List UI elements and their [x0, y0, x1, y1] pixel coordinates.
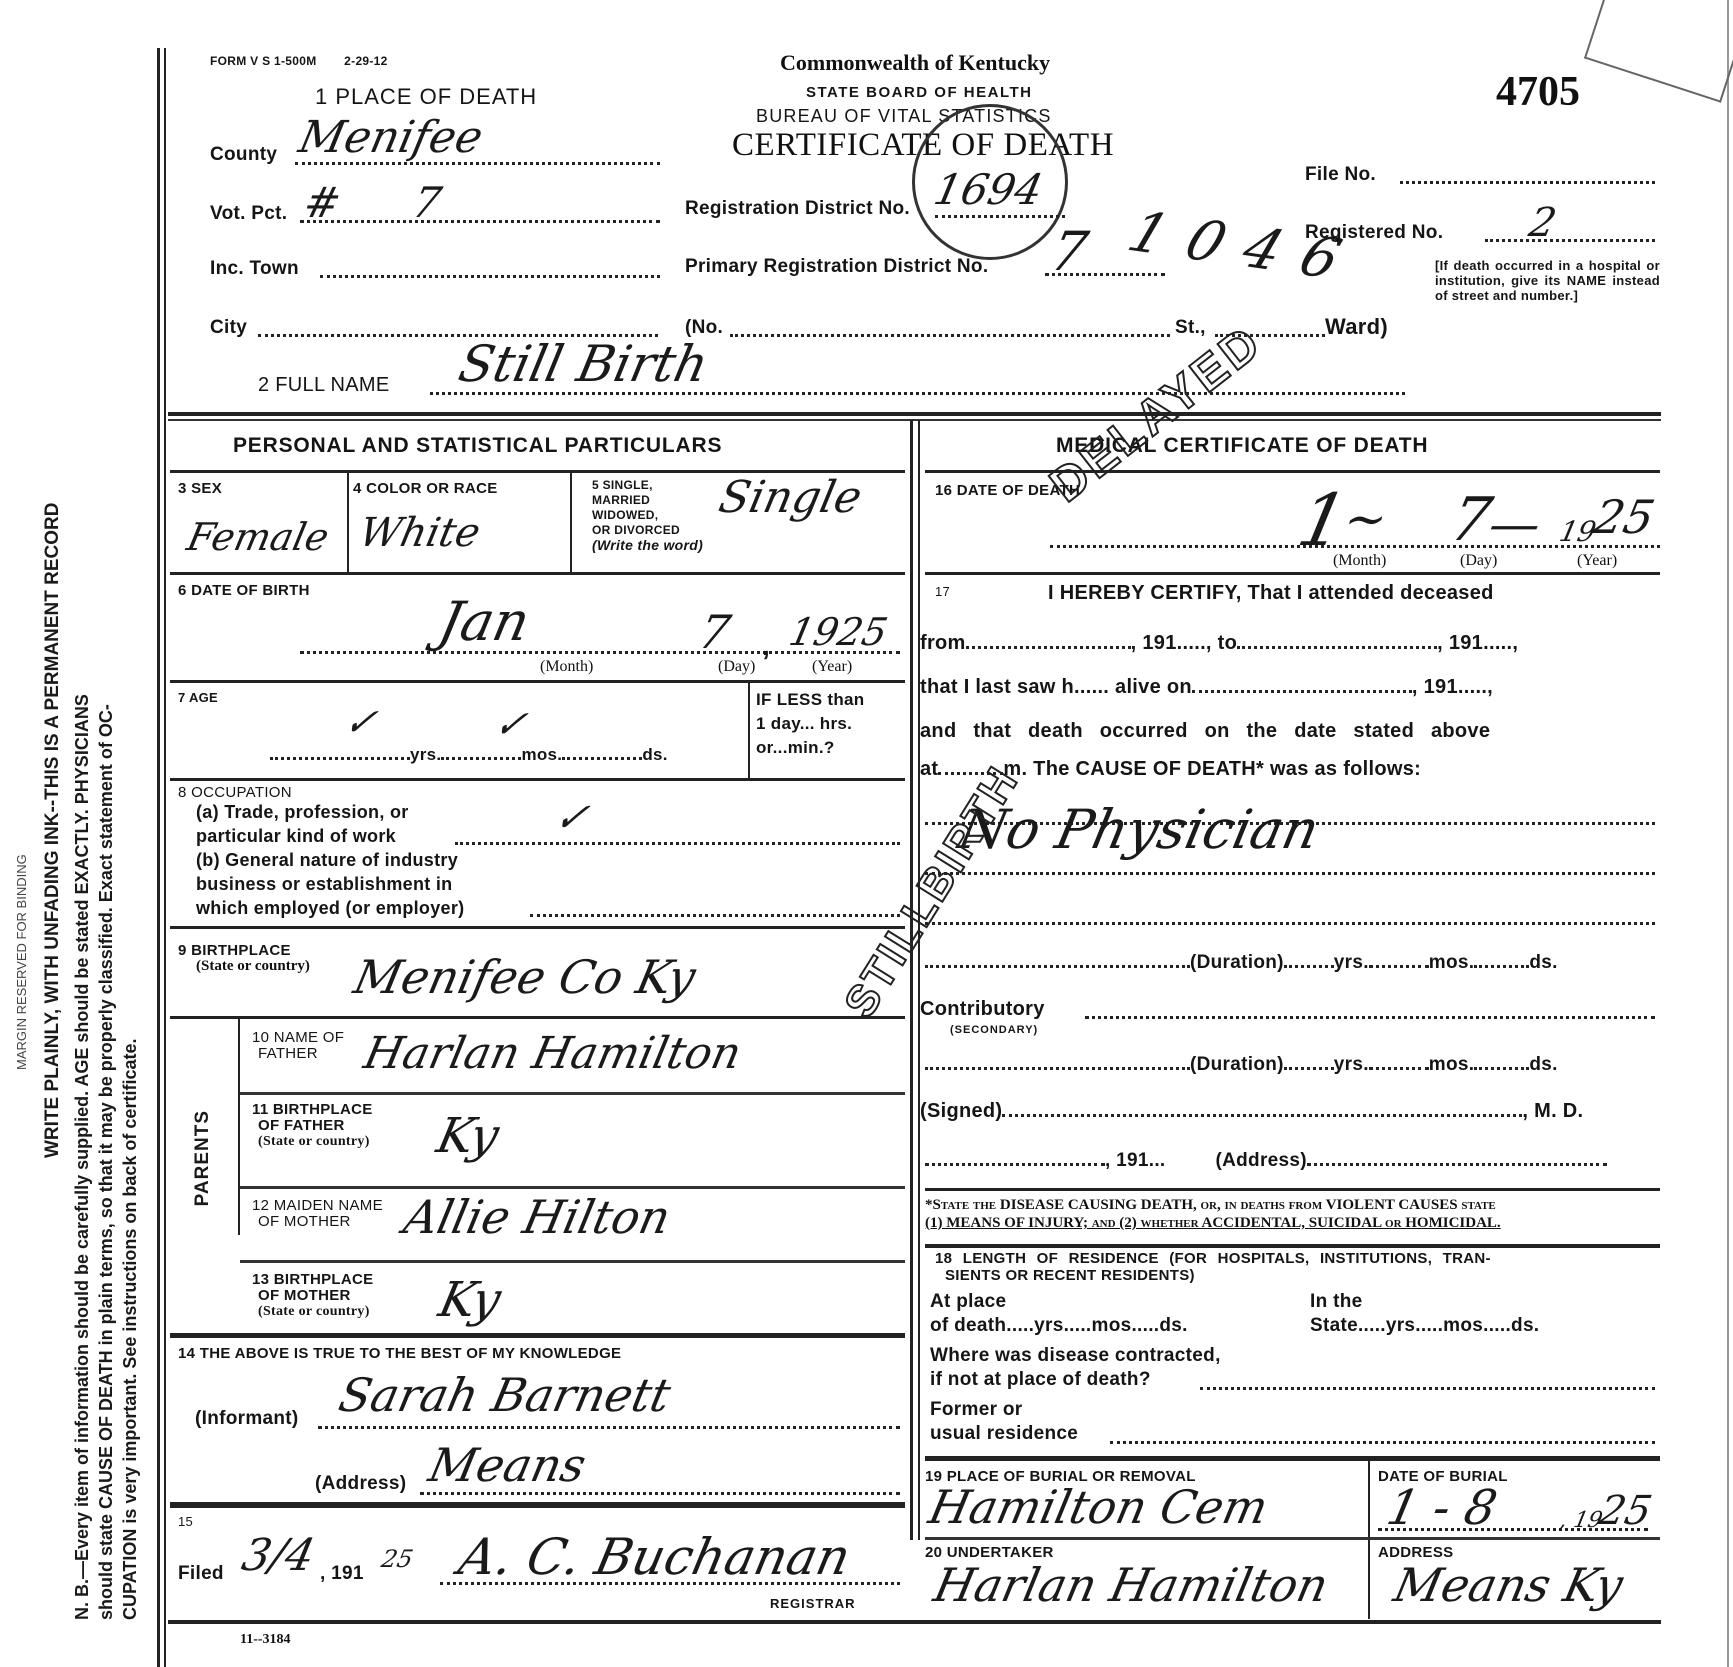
binding-note: MARGIN RESERVED FOR BINDING	[14, 650, 29, 1070]
left-border-outer	[157, 48, 160, 1667]
duration-row-1: (Duration)yrs.mos.ds.	[925, 952, 1558, 974]
informant-address-value[interactable]: Means	[424, 1438, 590, 1492]
cert-191-b: , 191.....,	[1437, 632, 1518, 654]
occ-b-line-1: (b) General nature of industry	[196, 848, 464, 872]
occ-a-field-line	[455, 842, 900, 845]
corner-tab	[1584, 0, 1733, 103]
margin-line-3: should state CAUSE OF DEATH in plain ter…	[96, 100, 117, 1620]
duration-yrs-1: yrs.	[1334, 952, 1369, 973]
row-divider-7	[240, 1092, 905, 1095]
cause-line-3	[925, 922, 1655, 925]
registrar-signature[interactable]: A. C. Buchanan	[454, 1528, 856, 1586]
burial-date-value[interactable]: 1 - 8	[1382, 1480, 1502, 1536]
signed-label: (Signed)	[920, 1100, 1002, 1122]
mother-name-label-1: 12 MAIDEN NAME	[252, 1198, 383, 1214]
cert-191-a: , 191....., to	[1131, 632, 1237, 654]
street-no-field-line[interactable]	[730, 334, 1170, 337]
age-label: 7 AGE	[178, 690, 218, 705]
footnote-line-1: *State the DISEASE CAUSING DEATH, or, in…	[925, 1196, 1501, 1214]
marital-divorced: OR DIVORCED	[592, 523, 703, 538]
county-value[interactable]: Menifee	[295, 112, 488, 163]
filed-year[interactable]: 25	[379, 1545, 415, 1573]
md-address-label: (Address)	[1216, 1150, 1307, 1171]
row-divider-4	[170, 778, 905, 781]
age-mos-caption: mos.	[521, 745, 562, 764]
informant-field-line	[318, 1426, 900, 1429]
margin-line-2: N. B.—Every item of information should b…	[72, 100, 93, 1620]
row-divider-6	[170, 1016, 905, 1019]
residence-label: 18 LENGTH OF RESIDENCE (FOR HOSPITALS, I…	[935, 1250, 1491, 1284]
cert-from-row: from, 191....., to, 191.....,	[920, 632, 1518, 655]
father-bp-label: 11 BIRTHPLACE OF FATHER (State or countr…	[252, 1102, 373, 1150]
dob-comma: ,	[762, 630, 770, 662]
mother-bp-label-2: OF MOTHER	[252, 1288, 373, 1304]
stillbirth-stamp: STILLBIRTH	[835, 757, 1029, 1027]
marital-label: 5 SINGLE, MARRIED WIDOWED, OR DIVORCED (…	[592, 478, 703, 553]
file-no-field-line[interactable]	[1400, 181, 1655, 184]
dod-year-caption: (Year)	[1577, 552, 1617, 570]
left-border-inner	[164, 48, 166, 1667]
registrar-label: REGISTRAR	[770, 1596, 856, 1611]
father-bp-label-3: (State or country)	[252, 1134, 373, 1150]
city-label: City	[210, 317, 247, 339]
in-state: In the State.....yrs.....mos.....ds.	[1310, 1290, 1539, 1338]
footnote-line-2: (1) MEANS OF INJURY; and (2) whether ACC…	[925, 1214, 1501, 1232]
father-name-value[interactable]: Harlan Hamilton	[360, 1028, 746, 1079]
cert-last-seen-row: that I last saw h...... alive on, 191...…	[920, 676, 1493, 699]
disease-contracted: Where was disease contracted, if not at …	[930, 1344, 1221, 1392]
mother-name-value[interactable]: Allie Hilton	[399, 1190, 675, 1244]
duration-ds-2: ds.	[1529, 1054, 1557, 1075]
at-place-line-2: of death.....yrs.....mos.....ds.	[930, 1314, 1188, 1338]
row-divider-9	[240, 1260, 905, 1263]
form-no: FORM V S 1-500M	[210, 54, 317, 68]
informant-heading: 14 THE ABOVE IS TRUE TO THE BEST OF MY K…	[178, 1345, 621, 1362]
secondary-label: (SECONDARY)	[950, 1024, 1038, 1036]
dob-year-caption: (Year)	[812, 658, 852, 676]
inc-town-label: Inc. Town	[210, 258, 299, 280]
reg-district-label: Registration District No.	[685, 198, 910, 220]
registered-no-label: Registered No.	[1305, 222, 1443, 244]
reg-district-value[interactable]: 1694	[930, 165, 1047, 214]
duration-mos-2: mos.	[1429, 1054, 1475, 1075]
contributory-field-line[interactable]	[1085, 1016, 1655, 1019]
informant-label: (Informant)	[195, 1408, 299, 1430]
med-row-divider-2	[925, 572, 1660, 575]
registered-no-field-line	[1485, 239, 1655, 242]
reg-district-field-line	[935, 215, 1065, 218]
hospital-note: [If death occurred in a hospital or inst…	[1435, 258, 1660, 303]
med-row-divider-6	[925, 1537, 1660, 1540]
occupation-text: (a) Trade, profession, or particular kin…	[196, 800, 464, 920]
med-row-divider-5	[925, 1456, 1660, 1461]
cert-last-seen: that I last saw h...... alive on	[920, 676, 1192, 698]
dob-label: 6 DATE OF BIRTH	[178, 582, 310, 599]
race-value[interactable]: White	[355, 510, 484, 556]
burial-year[interactable]: 25	[1595, 1488, 1656, 1534]
cert-at: at	[920, 758, 938, 780]
right-page-edge	[1727, 0, 1729, 1667]
father-bp-value[interactable]: Ky	[432, 1108, 504, 1164]
former-residence-line[interactable]	[1110, 1441, 1655, 1444]
cert-line-1: I HEREBY CERTIFY, That I attended deceas…	[1048, 582, 1494, 605]
marital-value[interactable]: Single	[715, 472, 867, 523]
board-title: STATE BOARD OF HEALTH	[806, 84, 1033, 101]
sex-label: 3 SEX	[178, 480, 222, 497]
dod-day-caption: (Day)	[1460, 552, 1497, 570]
dod-year[interactable]: 25	[1589, 490, 1659, 544]
at-place-line-1: At place	[930, 1290, 1188, 1314]
inc-town-field-line[interactable]	[320, 275, 660, 278]
county-label: County	[210, 144, 277, 166]
filed-num: 15	[178, 1514, 193, 1529]
occupation-label: 8 OCCUPATION	[178, 784, 292, 801]
full-name-value[interactable]: Still Birth	[454, 335, 713, 393]
cert-cause-heading: m. The CAUSE OF DEATH* was as follows:	[1003, 758, 1421, 780]
less-than-day: IF LESS than 1 day... hrs. or...min.?	[756, 688, 864, 760]
cert-line-4: and that death occurred on the date stat…	[920, 720, 1490, 743]
dob-month-caption: (Month)	[540, 658, 593, 676]
sex-value[interactable]: Female	[183, 515, 332, 559]
race-marital-divider	[570, 472, 572, 572]
occ-b-field-line[interactable]	[530, 914, 900, 917]
full-name-label: 2 FULL NAME	[258, 374, 389, 397]
occ-b-line-2: business or establishment in	[196, 872, 464, 896]
mother-name-label-2: OF MOTHER	[252, 1214, 383, 1230]
less-than-line-2: 1 day... hrs.	[756, 712, 864, 736]
commonwealth-title: Commonwealth of Kentucky	[780, 50, 1050, 76]
margin-line-1: WRITE PLAINLY, WITH UNFADING INK--THIS I…	[42, 330, 64, 1330]
column-divider-2	[918, 420, 920, 1540]
footer-code: 11--3184	[240, 1632, 291, 1648]
marital-widowed: WIDOWED,	[592, 508, 703, 523]
cause-line-2	[925, 872, 1655, 875]
less-than-line-3: or...min.?	[756, 736, 864, 760]
form-number: FORM V S 1-500M 2-29-12	[210, 54, 388, 68]
age-yrs-caption: yrs.	[410, 745, 441, 764]
birthplace-value[interactable]: Menifee Co Ky	[349, 950, 700, 1004]
at-place-of-death: At place of death.....yrs.....mos.....ds…	[930, 1290, 1188, 1338]
race-label: 4 COLOR OR RACE	[353, 480, 498, 497]
form-date: 2-29-12	[344, 54, 387, 68]
row-divider-5	[170, 926, 905, 929]
age-ds-caption: ds.	[642, 745, 667, 764]
father-name-label-2: FATHER	[252, 1046, 344, 1062]
age-less-divider	[748, 682, 750, 778]
mother-bp-label-3: (State or country)	[252, 1304, 373, 1320]
mother-bp-value[interactable]: Ky	[434, 1272, 506, 1328]
marital-married: MARRIED	[592, 493, 703, 508]
place-of-death-heading: 1 PLACE OF DEATH	[315, 84, 537, 110]
dob-day-caption: (Day)	[718, 658, 755, 676]
row-divider-3	[170, 680, 905, 683]
in-state-line-2: State.....yrs.....mos.....ds.	[1310, 1314, 1539, 1338]
former-res-2: usual residence	[930, 1422, 1078, 1446]
personal-section-title: PERSONAL AND STATISTICAL PARTICULARS	[233, 434, 722, 458]
primary-reg-extra: 1046	[1120, 200, 1371, 295]
sex-race-divider	[347, 472, 349, 572]
residence-label-2: SIENTS OR RECENT RESIDENTS)	[935, 1267, 1491, 1284]
less-than-line-1: IF LESS than	[756, 688, 864, 712]
undertaker-value[interactable]: Harlan Hamilton	[929, 1558, 1333, 1612]
section-divider-top	[168, 412, 1661, 416]
cert-num: 17	[935, 584, 950, 599]
undertaker-address-value[interactable]: Means Ky	[1389, 1558, 1627, 1612]
marital-single: 5 SINGLE,	[592, 478, 703, 493]
signed-row: (Signed), M. D.	[920, 1100, 1583, 1123]
duration-row-2: (Duration)yrs.mos.ds.	[925, 1054, 1558, 1076]
cert-191-c: , 191.....,	[1412, 676, 1493, 698]
bottom-rule	[168, 1620, 1661, 1624]
mother-bp-label-1: 13 BIRTHPLACE	[252, 1272, 373, 1288]
burial-value[interactable]: Hamilton Cem	[924, 1480, 1273, 1534]
column-divider	[910, 420, 913, 1540]
row-divider-10	[170, 1333, 905, 1338]
father-name-label: 10 NAME OF FATHER	[252, 1030, 344, 1062]
row-divider-2	[170, 572, 905, 575]
birthplace-label: 9 BIRTHPLACE	[178, 942, 291, 959]
duration-ds-1: ds.	[1529, 952, 1557, 973]
duration-yrs-2: yrs.	[1334, 1054, 1369, 1075]
duration-mos-1: mos.	[1429, 952, 1475, 973]
informant-value[interactable]: Sarah Barnett	[334, 1368, 675, 1422]
md-label: , M. D.	[1522, 1100, 1583, 1122]
mother-name-label: 12 MAIDEN NAME OF MOTHER	[252, 1198, 383, 1230]
occ-b-line-3: which employed (or employer)	[196, 896, 464, 920]
margin-line-4: CUPATION is very important. See instruct…	[120, 640, 141, 1620]
residence-label-1: 18 LENGTH OF RESIDENCE (FOR HOSPITALS, I…	[935, 1250, 1491, 1267]
former-residence: Former or usual residence	[930, 1398, 1078, 1446]
duration-label-2: (Duration)	[1190, 1054, 1284, 1075]
informant-address-label: (Address)	[315, 1473, 406, 1495]
street-label: St.,	[1175, 317, 1206, 339]
dob-year[interactable]: 1925	[785, 610, 891, 654]
cert-from: from	[920, 632, 966, 654]
row-divider-11	[170, 1502, 905, 1508]
signed-year: , 191...	[1105, 1150, 1166, 1171]
signed-date-row: , 191...(Address)	[925, 1150, 1607, 1172]
mother-bp-label: 13 BIRTHPLACE OF MOTHER (State or countr…	[252, 1272, 373, 1320]
filed-label: Filed	[178, 1563, 224, 1585]
left-margin: MARGIN RESERVED FOR BINDING WRITE PLAINL…	[0, 0, 150, 1667]
parents-label: PARENTS	[192, 1110, 214, 1206]
disease-contracted-2: if not at place of death?	[930, 1368, 1221, 1392]
med-row-divider-1	[925, 470, 1660, 473]
occ-a-value[interactable]: ✓	[550, 795, 593, 841]
birthplace-sub: (State or country)	[196, 958, 310, 975]
age-units: yrs.mos.ds.	[270, 745, 668, 765]
footnote: *State the DISEASE CAUSING DEATH, or, in…	[925, 1196, 1501, 1232]
former-res-1: Former or	[930, 1398, 1078, 1422]
parents-divider	[238, 1018, 240, 1235]
age-mos-value[interactable]: ✓	[490, 702, 531, 746]
duration-label-1: (Duration)	[1190, 952, 1284, 973]
father-bp-label-1: 11 BIRTHPLACE	[252, 1102, 373, 1118]
dod-month-caption: (Month)	[1333, 552, 1386, 570]
ward-label: Ward)	[1325, 314, 1388, 340]
father-name-label-1: 10 NAME OF	[252, 1030, 344, 1046]
marital-write-word: (Write the word)	[592, 538, 703, 553]
med-row-divider-4	[925, 1244, 1660, 1248]
occ-a-line-1: (a) Trade, profession, or	[196, 800, 464, 824]
disease-contracted-line[interactable]	[1200, 1387, 1655, 1390]
informant-address-line	[420, 1492, 900, 1495]
filed-date[interactable]: 3/4	[238, 1530, 320, 1581]
section-divider-top-2	[168, 419, 1661, 421]
in-state-line-1: In the	[1310, 1290, 1539, 1314]
occ-a-line-2: particular kind of work	[196, 824, 464, 848]
filed-year-prefix: , 191	[320, 1563, 364, 1585]
row-divider-8	[240, 1186, 905, 1189]
primary-reg-label: Primary Registration District No.	[685, 256, 988, 278]
disease-contracted-1: Where was disease contracted,	[930, 1344, 1221, 1368]
certificate-number: 4705	[1496, 68, 1580, 116]
med-row-divider-3	[925, 1188, 1660, 1191]
file-no-label: File No.	[1305, 164, 1376, 186]
age-yrs-value[interactable]: ✓	[340, 700, 381, 744]
burial-divider	[1368, 1461, 1370, 1619]
contributory-label: Contributory	[920, 998, 1045, 1021]
dob-month[interactable]: Jan	[433, 590, 535, 653]
vot-pct-value[interactable]: # 7	[300, 178, 476, 227]
father-bp-label-2: OF FATHER	[252, 1118, 373, 1134]
vot-pct-label: Vot. Pct.	[210, 203, 287, 225]
